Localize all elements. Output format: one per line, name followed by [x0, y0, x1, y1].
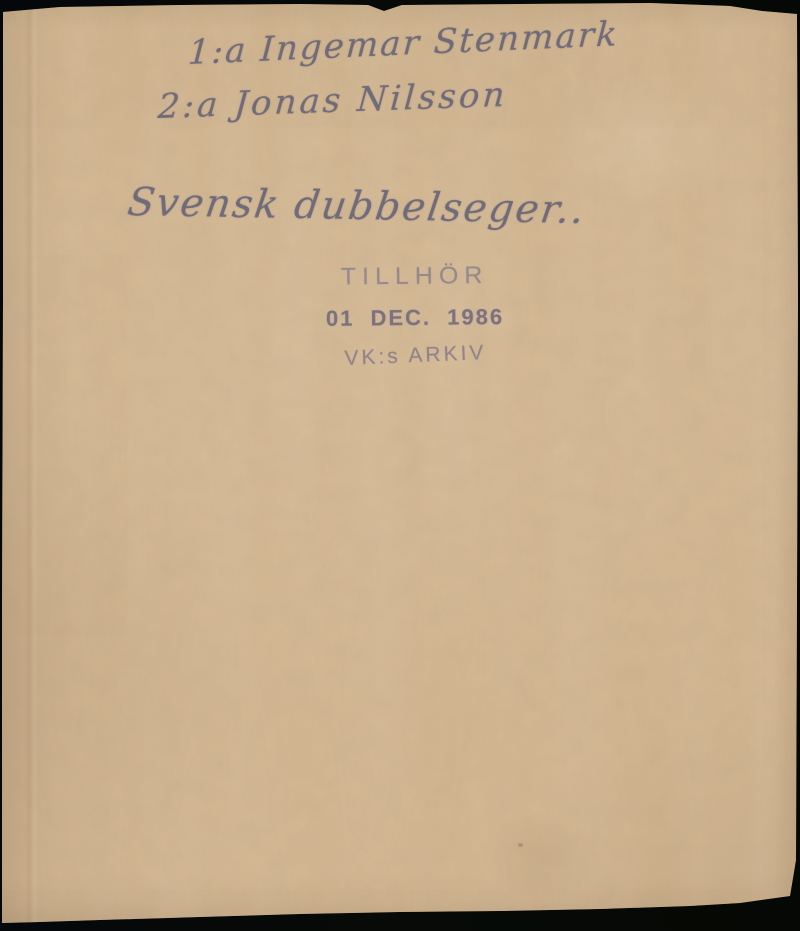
- paper-dark-smudge: [480, 810, 600, 900]
- stamp-date-text: 01 DEC. 1986: [300, 304, 530, 332]
- paper-speck: [518, 843, 523, 847]
- archive-stamp: TILLHÖR 01 DEC. 1986 VK:s ARKIV: [299, 261, 530, 369]
- photo-back-paper: 1:a Ingemar Stenmark 2:a Jonas Nilsson S…: [0, 0, 800, 931]
- paper-fold-shading: [24, 0, 38, 931]
- handwriting-line-caption: Svensk dubbelseger..: [125, 180, 589, 233]
- scanner-background: 1:a Ingemar Stenmark 2:a Jonas Nilsson S…: [0, 0, 800, 931]
- stamp-belongs-to-text: TILLHÖR: [299, 261, 529, 291]
